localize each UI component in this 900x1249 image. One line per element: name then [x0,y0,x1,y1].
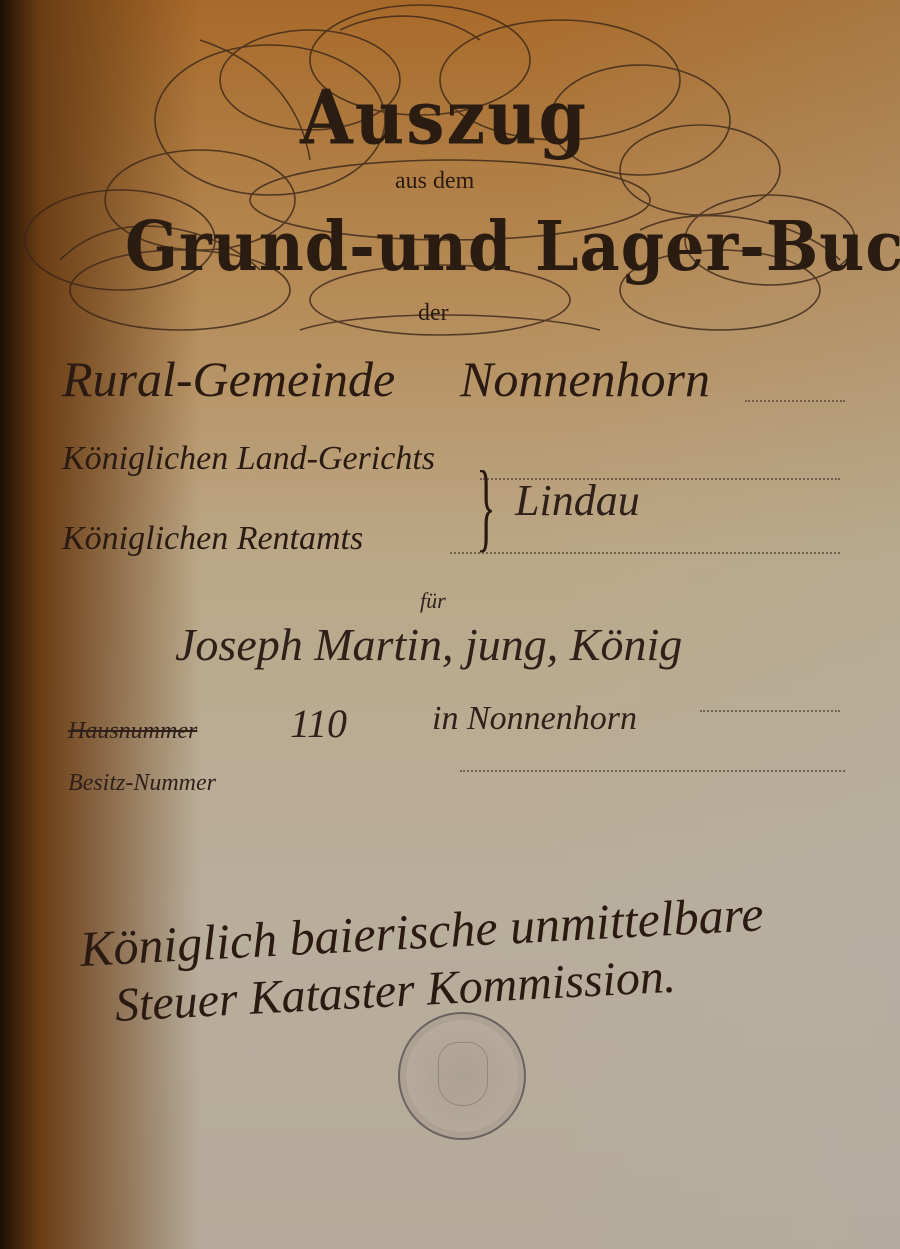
coat-of-arms-icon [438,1042,488,1106]
dotted-line [460,770,845,772]
dotted-line [745,400,845,402]
owner-name: Joseph Martin, jung, König [175,618,682,671]
municipality-name: Nonnenhorn [460,350,710,408]
title-connector-der: der [418,300,449,327]
house-number: 110 [290,700,347,747]
municipality-label: Rural-Gemeinde [62,350,395,408]
house-number-label: Hausnummer [68,718,197,745]
rentamt-label: Königlichen Rentamts [62,520,363,558]
house-location: in Nonnenhorn [432,700,637,738]
title-connector-aus-dem: aus dem [395,168,474,195]
possession-number-label: Besitz-Nummer [68,770,216,797]
dotted-line [700,710,840,712]
owner-prefix: für [420,588,446,614]
brace-symbol: } [476,448,495,563]
jurisdiction-value: Lindau [515,475,640,526]
court-label: Königlichen Land-Gerichts [62,440,435,478]
document-title: Auszug [300,74,588,162]
dotted-line [450,552,840,554]
book-name: Grund-und Lager-Buch [125,206,900,286]
royal-seal-stamp [398,1012,526,1140]
